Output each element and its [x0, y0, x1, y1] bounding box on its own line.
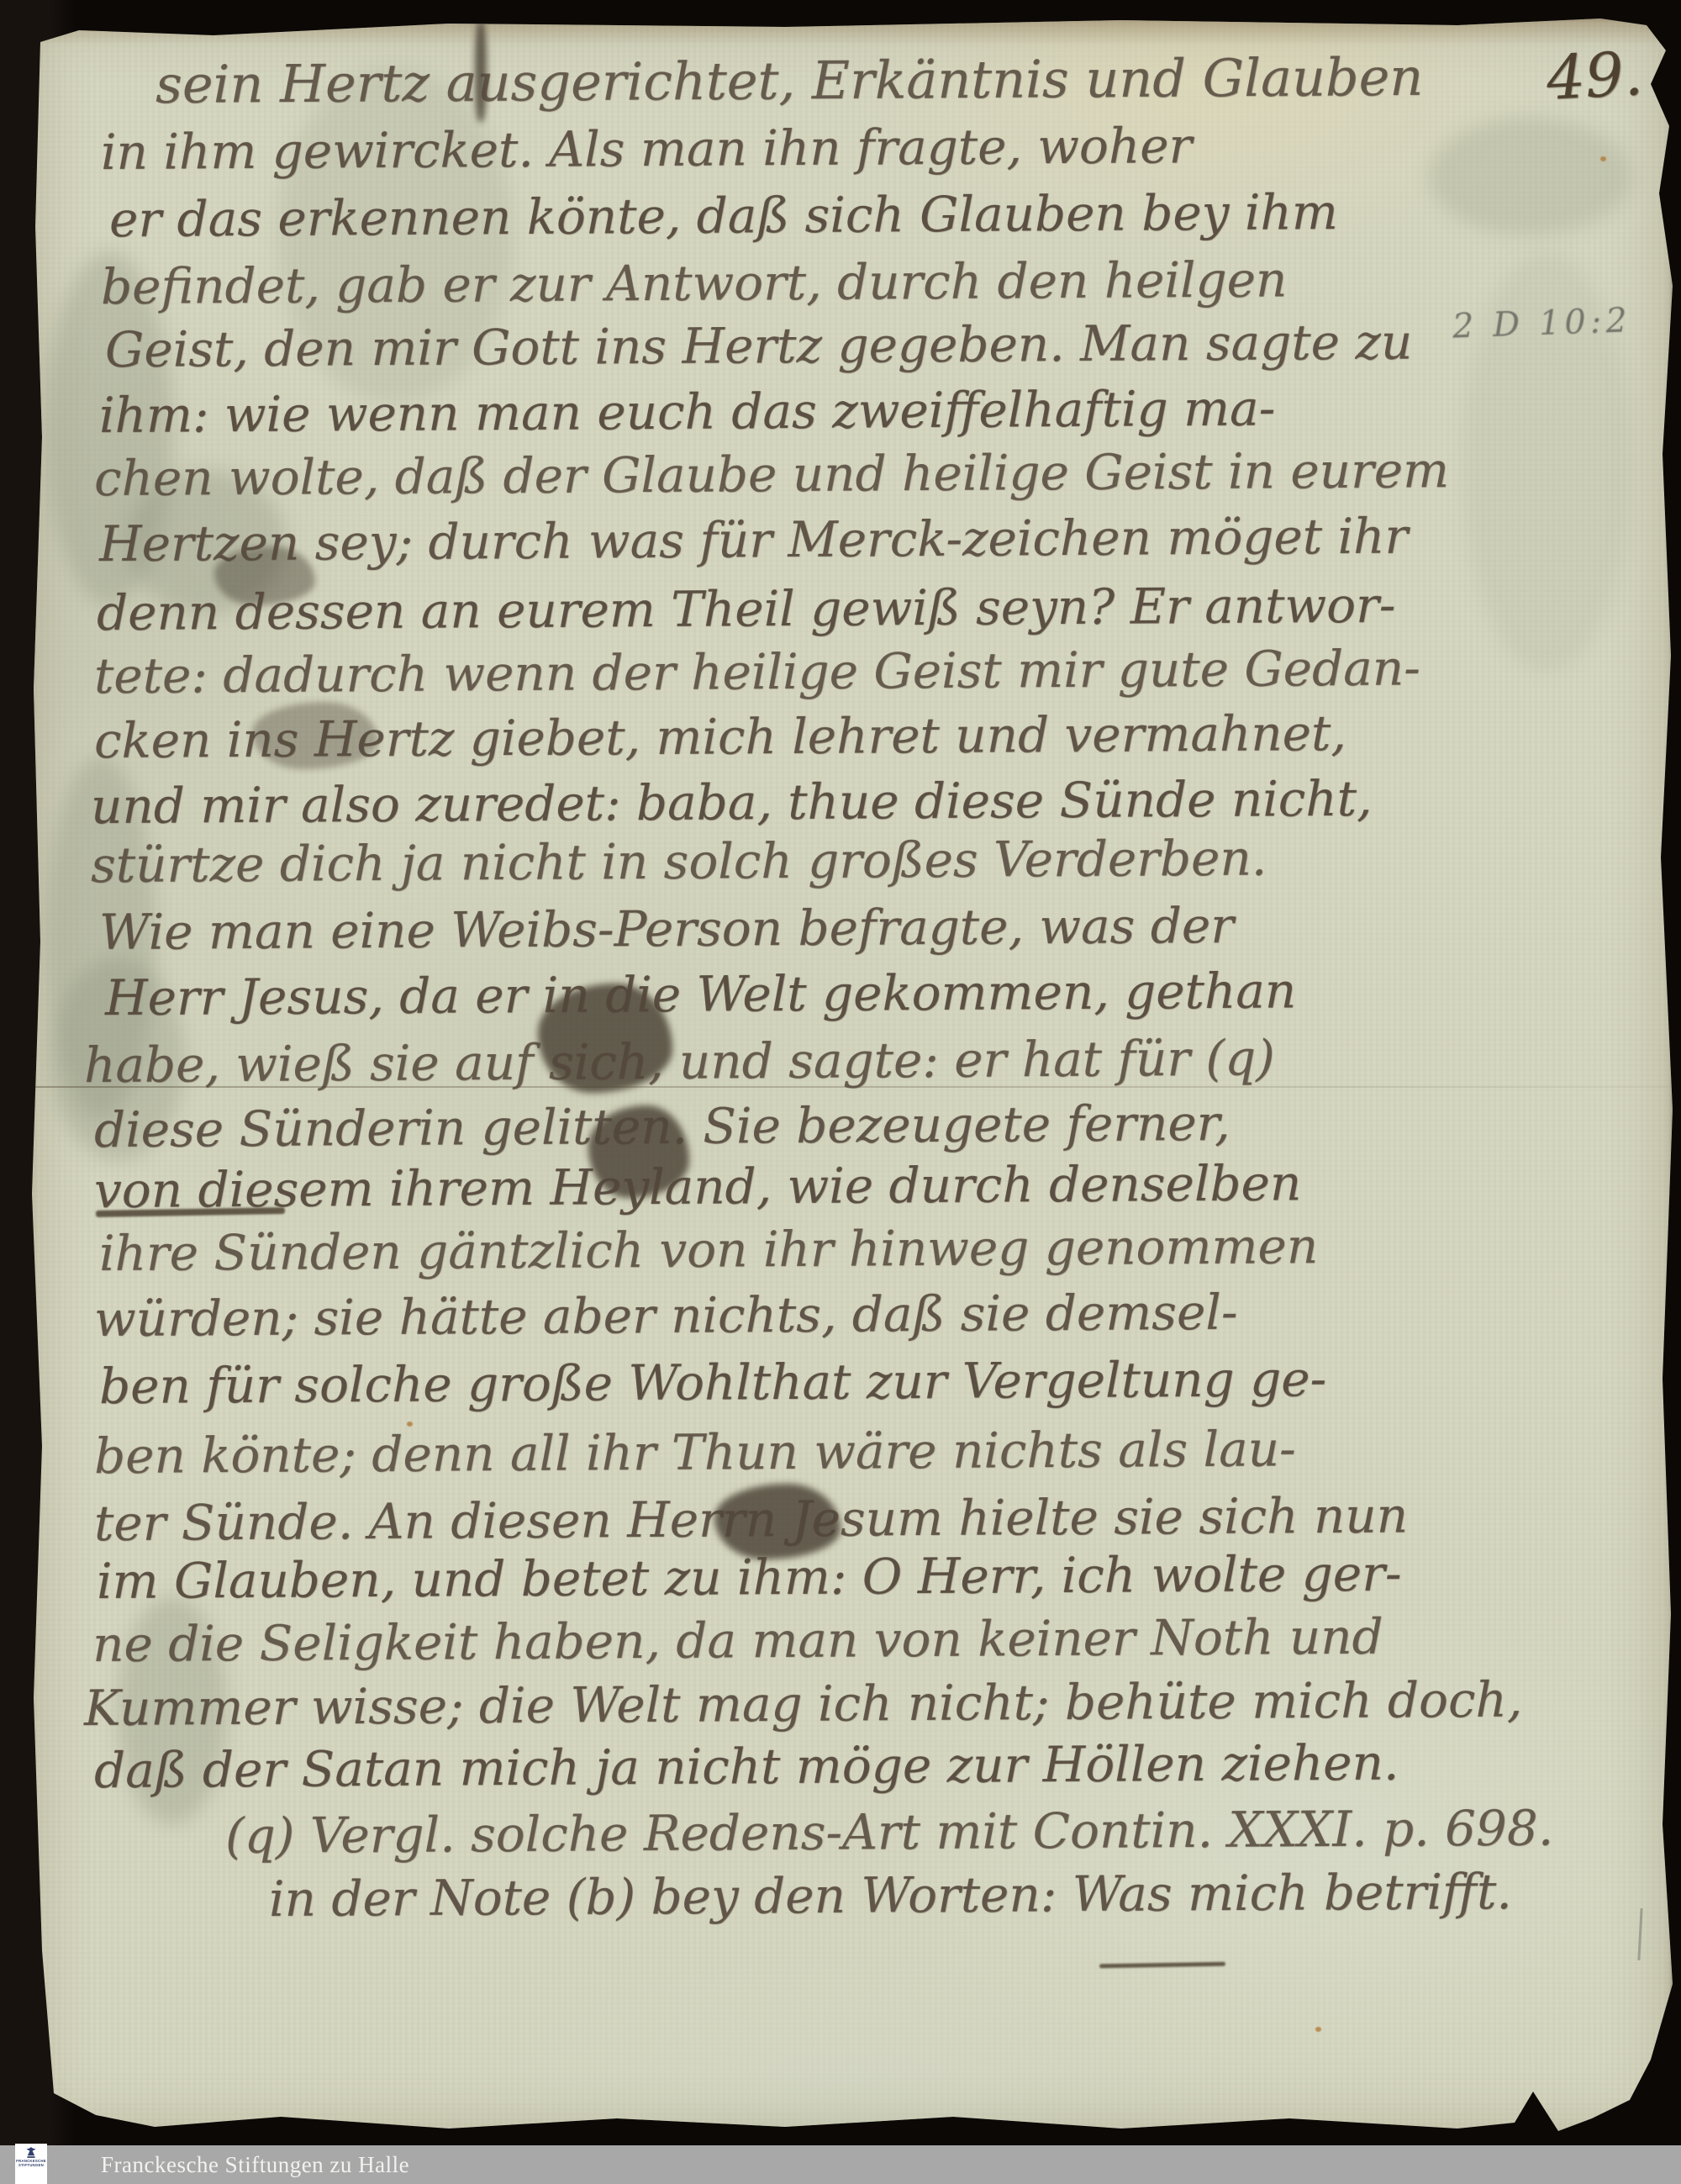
- manuscript-line: ne die Seligkeit haben, da man von keine…: [92, 1612, 1383, 1669]
- manuscript-line: daß der Satan mich ja nicht möge zur Höl…: [94, 1738, 1399, 1795]
- manuscript-line: denn dessen an eurem Theil gewiß seyn? E…: [97, 581, 1396, 637]
- manuscript-line: und mir also zuredet: baba, thue diese S…: [91, 774, 1373, 831]
- pencil-mark: [1637, 1908, 1642, 1960]
- manuscript-line: würden; sie hätte aber nichts, daß sie d…: [94, 1288, 1238, 1343]
- manuscript-line: er das erkennen könte, daß sich Glauben …: [109, 187, 1338, 244]
- foxing-speck: [1600, 156, 1606, 161]
- foxing-speck: [1315, 2027, 1321, 2032]
- manuscript-line: habe, wieß sie auf sich, und sagte: er h…: [84, 1033, 1275, 1089]
- eagle-logo-icon: [24, 2146, 38, 2159]
- manuscript-line: ihm: wie wenn man euch das zweiffelhafti…: [99, 383, 1276, 440]
- manuscript-line: cken ins Hertz giebet, mich lehret und v…: [94, 709, 1346, 765]
- manuscript-line: ter Sünde. An diesen Herrn Jesum hielte …: [94, 1490, 1408, 1548]
- institution-name: Franckesche Stiftungen zu Halle: [101, 2152, 409, 2178]
- manuscript-line: im Glauben, und betet zu ihm: O Herr, ic…: [97, 1549, 1402, 1606]
- manuscript-line: sein Hertz ausgerichtet, Erkäntnis und G…: [155, 51, 1424, 111]
- underline-mark: [1099, 1962, 1225, 1969]
- manuscript-line: (q) Vergl. solche Redens-Art mit Contin.…: [225, 1803, 1553, 1860]
- manuscript-line: stürtze dich ja nicht in solch großes Ve…: [91, 833, 1267, 889]
- scan-background: sein Hertz ausgerichtet, Erkäntnis und G…: [0, 0, 1681, 2184]
- manuscript-line: von diesem ihrem Heyland, wie durch dens…: [94, 1158, 1302, 1215]
- manuscript-line: diese Sünderin gelitten. Sie bezeugete f…: [94, 1099, 1230, 1154]
- manuscript-line: in der Note (b) bey den Worten: Was mich…: [269, 1867, 1512, 1923]
- manuscript-line: Geist, den mir Gott ins Hertz gegeben. M…: [105, 318, 1413, 374]
- manuscript-line: in ihm gewircket. Als man ihn fragte, wo…: [101, 121, 1193, 177]
- manuscript-line: Kummer wisse; die Welt mag ich nicht; be…: [84, 1675, 1523, 1733]
- manuscript-line: befindet, gab er zur Antwort, durch den …: [101, 255, 1288, 311]
- manuscript-line: ben für solche große Wohlthat zur Vergel…: [99, 1354, 1326, 1411]
- manuscript-page: sein Hertz ausgerichtet, Erkäntnis und G…: [29, 17, 1673, 2135]
- shelfmark: 2 D 10:2: [1452, 301, 1631, 346]
- manuscript-line: ben könte; denn all ihr Thun wäre nichts…: [94, 1424, 1296, 1480]
- manuscript-line: chen wolte, daß der Glaube und heilige G…: [94, 446, 1449, 503]
- manuscript-line: Wie man eine Weibs-Person befragte, was …: [99, 901, 1234, 957]
- manuscript-line: Hertzen sey; durch was für Merck-zeichen…: [99, 511, 1408, 568]
- manuscript-line: tete: dadurch wenn der heilige Geist mir…: [94, 643, 1420, 700]
- footer-bar: FRANCKESCHE STIFTUNGEN Franckesche Stift…: [0, 2145, 1681, 2184]
- institution-logo: FRANCKESCHE STIFTUNGEN: [15, 2144, 47, 2184]
- manuscript-line: Herr Jesus, da er in die Welt gekommen, …: [105, 966, 1296, 1022]
- manuscript-line: ihre Sünden gäntzlich von ihr hinweg gen…: [99, 1221, 1318, 1278]
- folio-number: 49.: [1545, 38, 1645, 113]
- bleedthrough-smudge: [1429, 118, 1631, 235]
- logo-caption-line2: STIFTUNGEN: [18, 2163, 44, 2167]
